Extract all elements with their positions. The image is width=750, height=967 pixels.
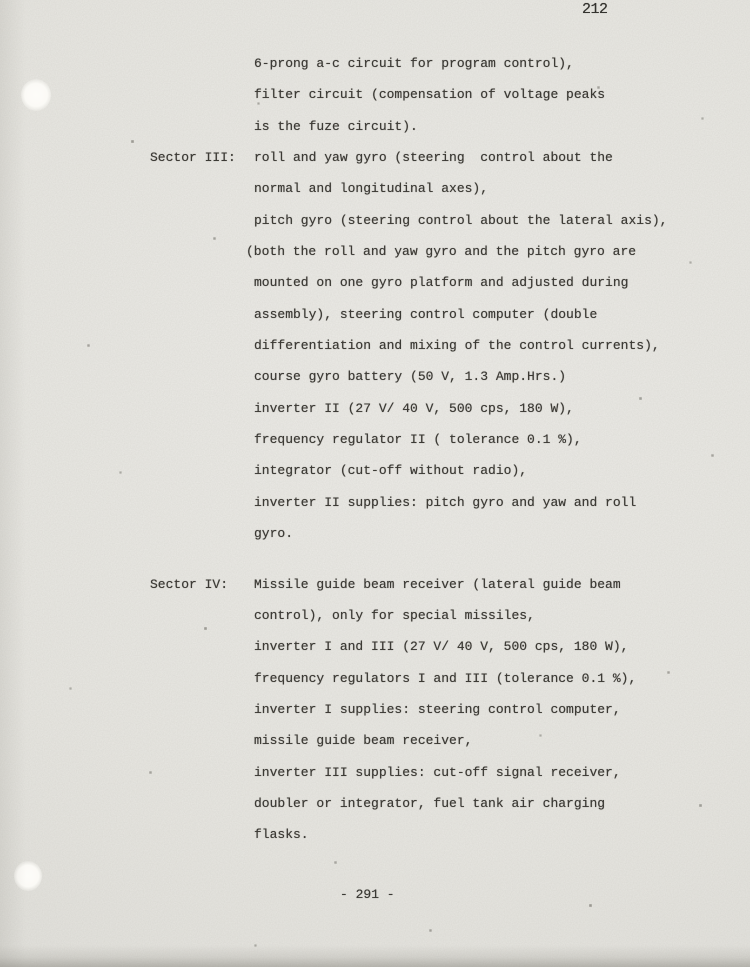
sector-label — [150, 79, 254, 110]
line-text: gyro. — [254, 518, 293, 549]
sector-label — [150, 236, 254, 267]
text-line: assembly), steering control computer (do… — [0, 299, 750, 330]
sector-label: Sector IV: — [150, 569, 254, 600]
text-line: missile guide beam receiver, — [0, 725, 750, 756]
text-line: inverter I supplies: steering control co… — [0, 694, 750, 725]
line-text: inverter I supplies: steering control co… — [254, 694, 621, 725]
line-text: inverter I and III (27 V/ 40 V, 500 cps,… — [254, 631, 628, 662]
text-line: flasks. — [0, 819, 750, 850]
sector-label — [150, 173, 254, 204]
line-text: inverter II (27 V/ 40 V, 500 cps, 180 W)… — [254, 393, 574, 424]
scan-specks — [0, 0, 1, 1]
text-line: 6-prong a-c circuit for program control)… — [0, 48, 750, 79]
line-text: frequency regulator II ( tolerance 0.1 %… — [254, 424, 582, 455]
text-line: differentiation and mixing of the contro… — [0, 330, 750, 361]
text-line: doubler or integrator, fuel tank air cha… — [0, 788, 750, 819]
sector-label — [150, 600, 254, 631]
sector-label — [150, 361, 254, 392]
text-line-sector-iv: Sector IV:Missile guide beam receiver (l… — [0, 569, 750, 600]
line-text: pitch gyro (steering control about the l… — [254, 205, 667, 236]
line-text: 6-prong a-c circuit for program control)… — [254, 48, 574, 79]
line-text: (both the roll and yaw gyro and the pitc… — [246, 236, 636, 267]
sector-label — [150, 267, 254, 298]
text-line: frequency regulator II ( tolerance 0.1 %… — [0, 424, 750, 455]
text-line: course gyro battery (50 V, 1.3 Amp.Hrs.) — [0, 361, 750, 392]
line-text: frequency regulators I and III (toleranc… — [254, 663, 636, 694]
page-number-bottom: - 291 - — [340, 887, 395, 902]
line-text: control), only for special missiles, — [254, 600, 535, 631]
sector-label: Sector III: — [150, 142, 254, 173]
sector-label — [150, 487, 254, 518]
typewritten-text: 6-prong a-c circuit for program control)… — [0, 48, 750, 851]
text-line: control), only for special missiles, — [0, 600, 750, 631]
line-text: normal and longitudinal axes), — [254, 173, 488, 204]
line-text: Missile guide beam receiver (lateral gui… — [254, 569, 621, 600]
text-line: inverter I and III (27 V/ 40 V, 500 cps,… — [0, 631, 750, 662]
line-text: assembly), steering control computer (do… — [254, 299, 597, 330]
line-text: doubler or integrator, fuel tank air cha… — [254, 788, 605, 819]
text-line: inverter III supplies: cut-off signal re… — [0, 757, 750, 788]
sector-label — [150, 631, 254, 662]
page-number-top: 212 — [582, 1, 608, 18]
text-line: filter circuit (compensation of voltage … — [0, 79, 750, 110]
line-text: mounted on one gyro platform and adjuste… — [254, 267, 628, 298]
sector-label — [150, 48, 254, 79]
text-line: frequency regulators I and III (toleranc… — [0, 663, 750, 694]
sector-label — [150, 111, 254, 142]
sector-label — [150, 757, 254, 788]
text-line: integrator (cut-off without radio), — [0, 455, 750, 486]
sector-label — [150, 393, 254, 424]
text-line: pitch gyro (steering control about the l… — [0, 205, 750, 236]
line-text: course gyro battery (50 V, 1.3 Amp.Hrs.) — [254, 361, 566, 392]
sector-label — [150, 788, 254, 819]
sector-label — [150, 455, 254, 486]
text-line: normal and longitudinal axes), — [0, 173, 750, 204]
line-text: flasks. — [254, 819, 309, 850]
scan-edge-bottom — [0, 945, 750, 967]
text-line-sector-iii: Sector III:roll and yaw gyro (steering c… — [0, 142, 750, 173]
line-text: missile guide beam receiver, — [254, 725, 472, 756]
line-text: inverter II supplies: pitch gyro and yaw… — [254, 487, 636, 518]
sector-label — [150, 819, 254, 850]
sector-label — [150, 330, 254, 361]
sector-label — [150, 205, 254, 236]
line-text: roll and yaw gyro (steering control abou… — [254, 142, 613, 173]
line-text: integrator (cut-off without radio), — [254, 455, 527, 486]
sector-label — [150, 518, 254, 549]
text-line: is the fuze circuit). — [0, 111, 750, 142]
line-text: differentiation and mixing of the contro… — [254, 330, 660, 361]
line-text: inverter III supplies: cut-off signal re… — [254, 757, 621, 788]
text-line: gyro. — [0, 518, 750, 549]
sector-label — [150, 694, 254, 725]
sector-label — [150, 424, 254, 455]
scanned-page: 212 6-prong a-c circuit for program cont… — [0, 0, 750, 967]
sector-label — [150, 725, 254, 756]
text-line: mounted on one gyro platform and adjuste… — [0, 267, 750, 298]
line-text: is the fuze circuit). — [254, 111, 418, 142]
sector-label — [150, 663, 254, 694]
sector-label — [150, 299, 254, 330]
text-line: inverter II supplies: pitch gyro and yaw… — [0, 487, 750, 518]
line-text: filter circuit (compensation of voltage … — [254, 79, 605, 110]
text-line: (both the roll and yaw gyro and the pitc… — [0, 236, 750, 267]
punch-hole-bottom — [14, 861, 42, 891]
text-line: inverter II (27 V/ 40 V, 500 cps, 180 W)… — [0, 393, 750, 424]
